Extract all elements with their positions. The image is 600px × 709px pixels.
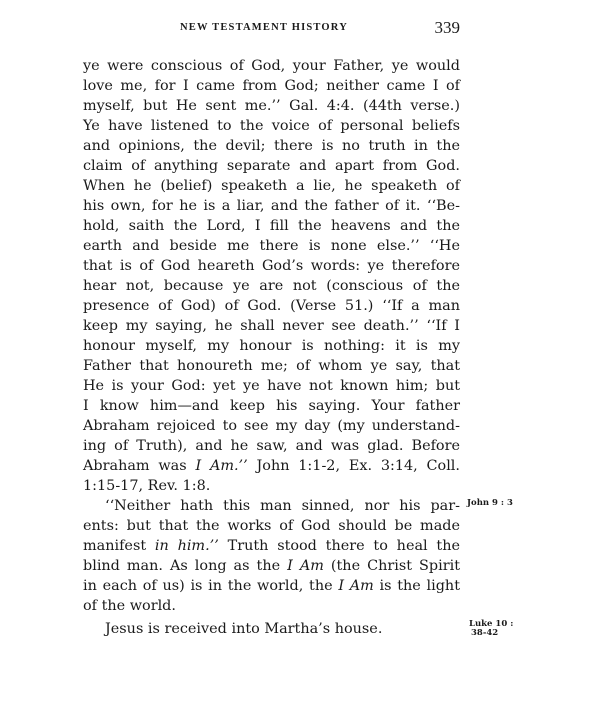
text-line: hold, saith the Lord, I fill the heavens… — [83, 216, 460, 236]
body-text: ye were conscious of God, your Father, y… — [83, 56, 460, 639]
sidenote-john-reference: John 9 : 3 — [467, 499, 513, 508]
text-line: presence of God) of God. (Verse 51.) ‘‘I… — [83, 296, 460, 316]
page-number: 339 — [435, 18, 461, 38]
text-line: I know him—and keep his saying. Your fat… — [83, 396, 460, 416]
text-line: ents: but that the works of God should b… — [83, 516, 460, 536]
text-line: myself, but He sent me.’’ Gal. 4:4. (44t… — [83, 96, 460, 116]
text-line: When he (belief) speaketh a lie, he spea… — [83, 176, 460, 196]
text-line: Ye have listened to the voice of persona… — [83, 116, 460, 136]
text-line: He is your God: yet ye have not known hi… — [83, 376, 460, 396]
running-title: NEW TESTAMENT HISTORY — [180, 22, 348, 33]
text-line: and opinions, the devil; there is no tru… — [83, 136, 460, 156]
text-line: in each of us) is in the world, the I Am… — [83, 576, 460, 596]
text-line: that is of God heareth God’s words: ye t… — [83, 256, 460, 276]
text-line: ing of Truth), and he saw, and was glad.… — [83, 436, 460, 456]
text-line: hear not, because ye are not (conscious … — [83, 276, 460, 296]
text-line: blind man. As long as the I Am (the Chri… — [83, 556, 460, 576]
paragraph-start-line: ‘‘Neither hath this man sinned, nor his … — [83, 496, 460, 516]
text-line: ye were conscious of God, your Father, y… — [83, 56, 460, 76]
text-line: of the world. — [83, 596, 460, 616]
book-page: NEW TESTAMENT HISTORY 339 ye were consci… — [0, 0, 600, 709]
sidenote-luke-reference: Luke 10 : 38-42 — [469, 620, 513, 638]
sidenote-luke-line2: 38-42 — [469, 629, 513, 638]
text-line: love me, for I came from God; neither ca… — [83, 76, 460, 96]
text-line: claim of anything separate and apart fro… — [83, 156, 460, 176]
section-heading-line: Jesus is received into Martha’s house. — [83, 619, 460, 639]
text-line: Abraham rejoiced to see my day (my under… — [83, 416, 460, 436]
text-line: keep my saying, he shall never see death… — [83, 316, 460, 336]
text-line: 1:15-17, Rev. 1:8. — [83, 476, 460, 496]
text-line: Father that honoureth me; of whom ye say… — [83, 356, 460, 376]
text-line: earth and beside me there is none else.’… — [83, 236, 460, 256]
text-line: honour myself, my honour is nothing: it … — [83, 336, 460, 356]
running-head: NEW TESTAMENT HISTORY 339 — [180, 19, 460, 39]
text-line: manifest in him.’’ Truth stood there to … — [83, 536, 460, 556]
text-line: his own, for he is a liar, and the fathe… — [83, 196, 460, 216]
text-line: Abraham was I Am.’’ John 1:1-2, Ex. 3:14… — [83, 456, 460, 476]
